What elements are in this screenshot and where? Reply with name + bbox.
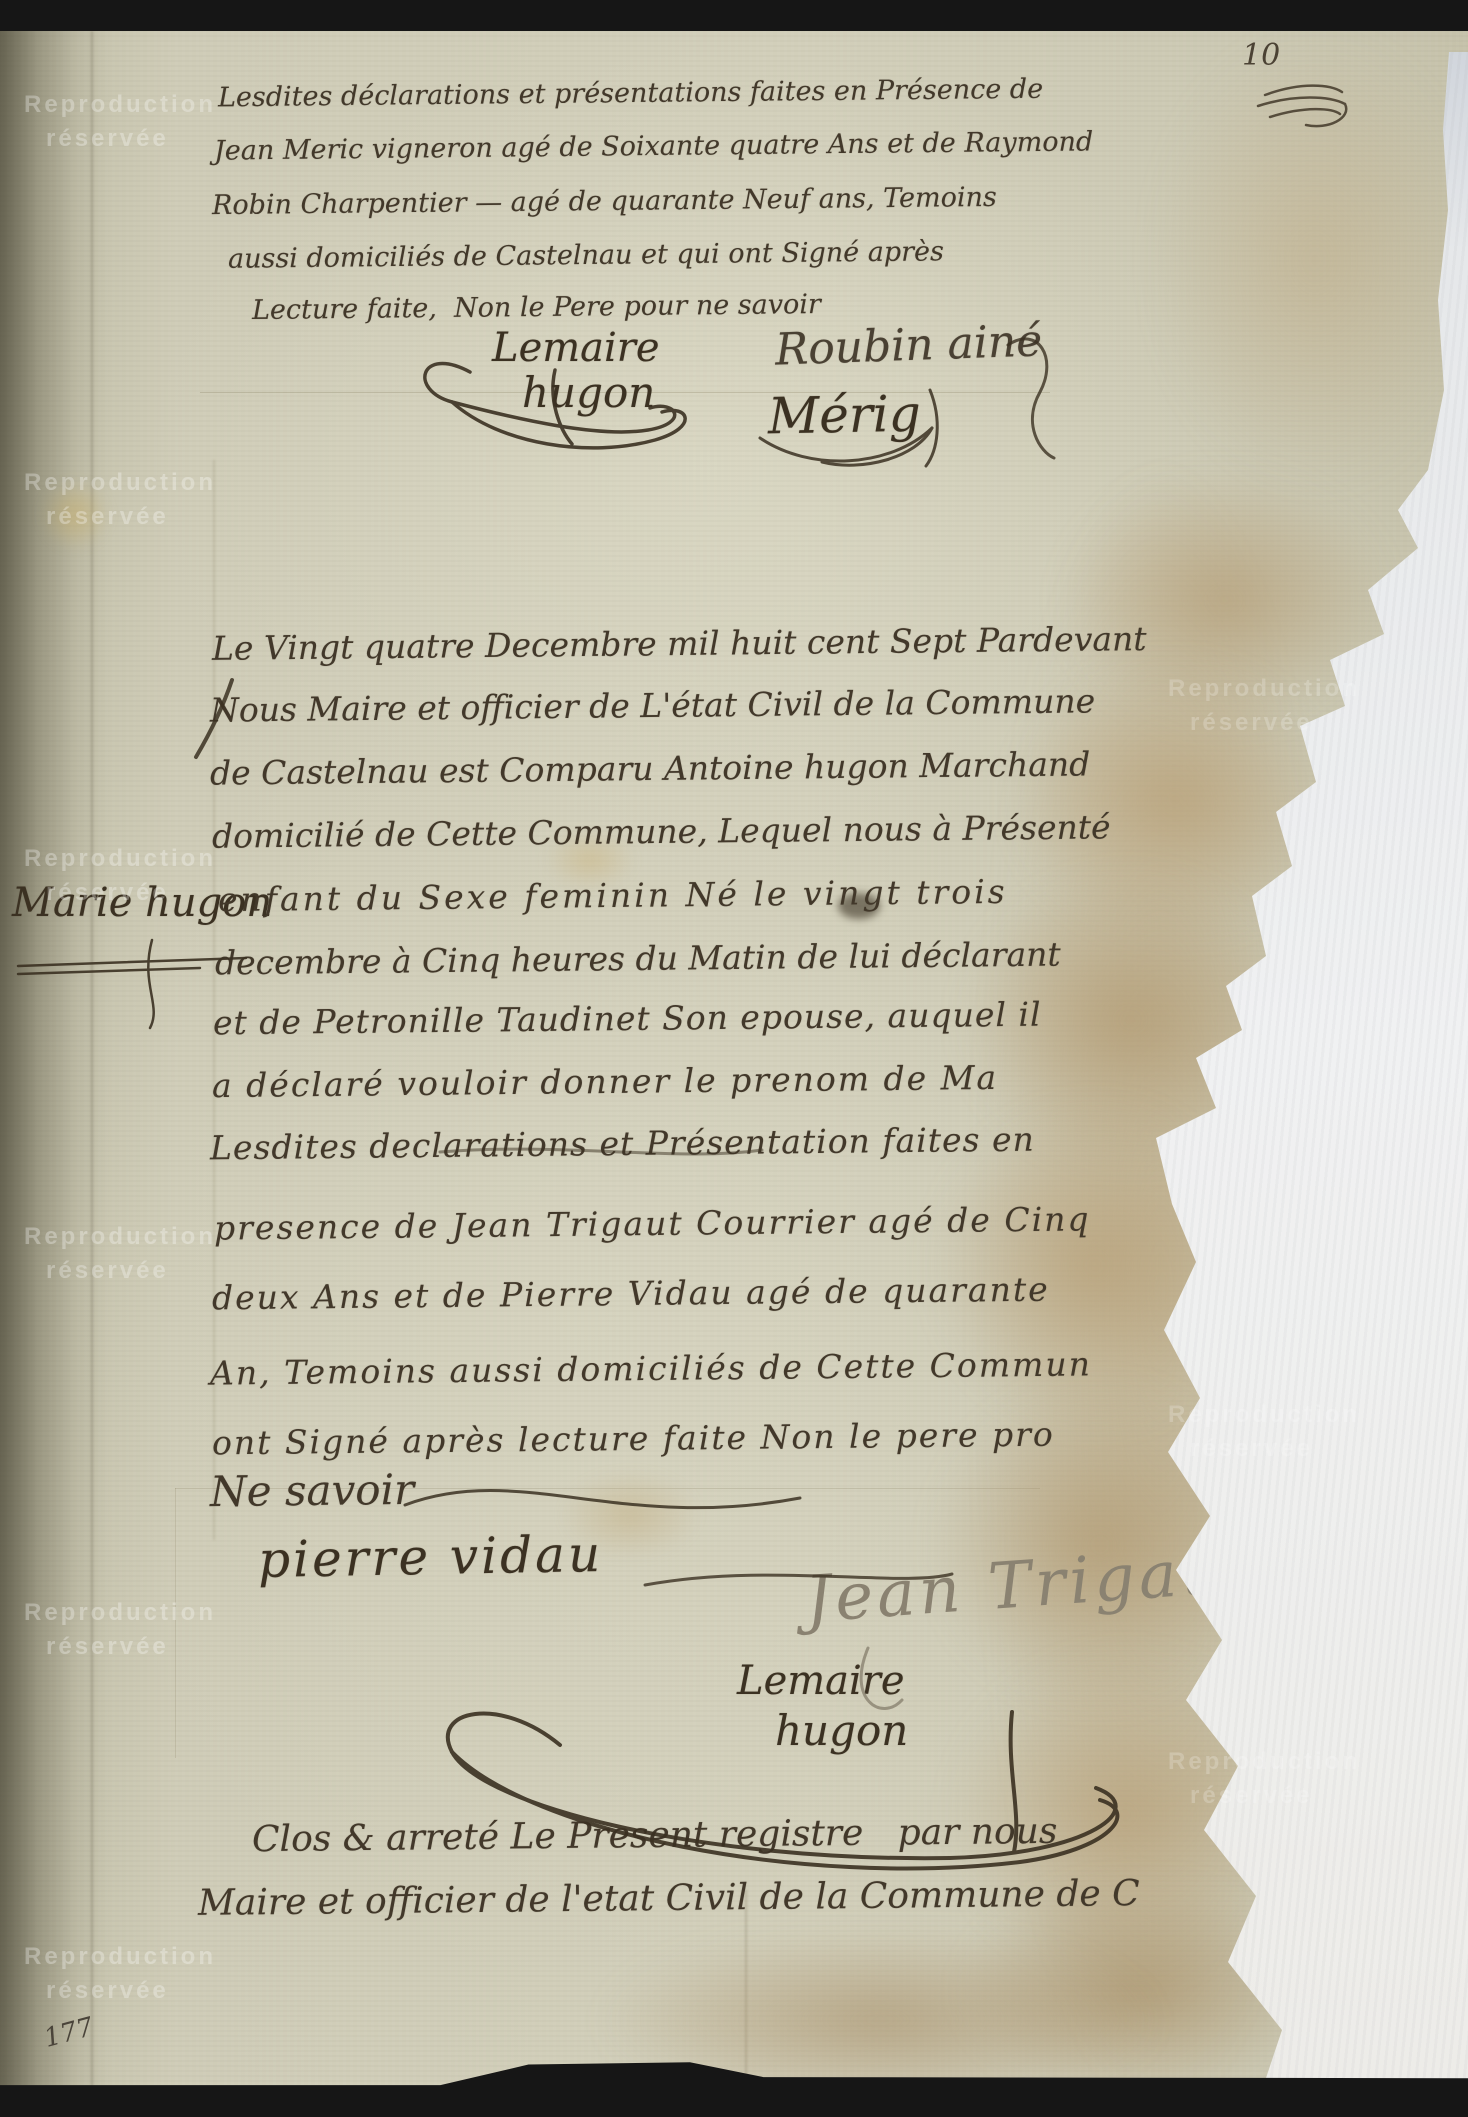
watermark: Reproductionréservée [24,1220,216,1288]
watermark: Reproductionréservée [24,1940,216,2008]
crease-line [91,31,93,2086]
watermark: Reproductionréservée [1168,1745,1360,1813]
manuscript-line: a déclaré vouloir donner le prenom de Ma [212,1058,999,1105]
signature-roubin: Roubin ainé [774,315,1043,375]
signature-pierre-vidau: pierre vidau [258,1525,604,1589]
watermark: Reproductionréservée [24,1596,216,1664]
signature-lemaire: Lemaire [492,325,660,371]
binding-edge [0,0,110,2117]
watermark: Reproductionréservée [1168,672,1360,740]
watermark: Reproductionréservée [24,842,216,910]
manuscript-line: Clos & arreté Le Present registre par no… [252,1811,1058,1860]
watermark: Reproductionréservée [1168,1398,1360,1466]
manuscript-line: enfant du Sexe feminin Né le vingt trois [218,872,1008,919]
signature-lemaire: Lemaire [737,1658,905,1704]
document-scan: 10 177 Lesdites déclarations et présenta… [0,0,1468,2117]
scan-bar-top [0,0,1468,31]
watermark: Reproductionréservée [24,88,216,156]
signature-hugon: hugon [775,1706,908,1755]
manuscript-line: Lecture faite, Non le Pere pour ne savoi… [252,289,821,326]
signature-merig: Mérig [768,385,922,446]
manuscript-line: Ne savoir [210,1465,415,1516]
watermark: Reproductionréservée [24,466,216,534]
signature-hugon: hugon [522,368,655,417]
stain [1150,30,1468,490]
page-number: 10 [1242,38,1280,73]
